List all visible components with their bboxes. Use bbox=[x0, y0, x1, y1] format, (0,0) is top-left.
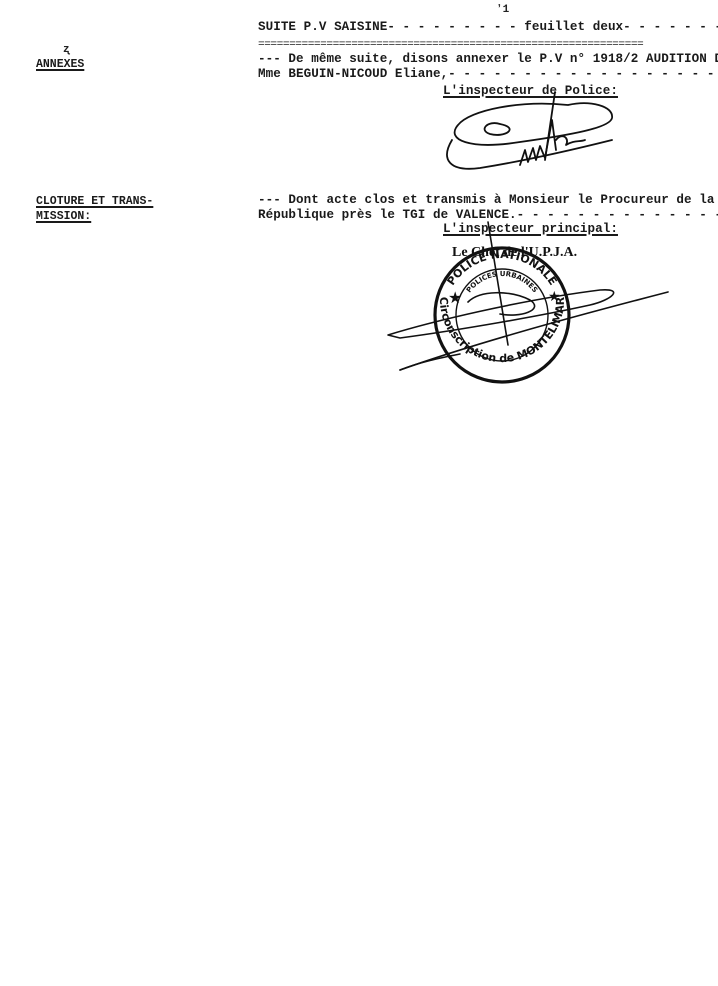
margin-label-annexes: ANNEXES bbox=[36, 58, 84, 72]
header-rule: ========================================… bbox=[258, 38, 643, 53]
chief-title: Le Chef de l'U.P.J.A. bbox=[452, 245, 577, 261]
annexes-line-1: --- De même suite, disons annexer le P.V… bbox=[258, 52, 718, 67]
margin-label-cloture-line-1: CLOTURE ET TRANS- bbox=[36, 195, 153, 209]
stamp-outer-bottom-text: Circonscription de MONTELIMAR bbox=[437, 296, 567, 365]
ink-layer: POLICE NATIONALE POLICES URBAINES Circon… bbox=[0, 0, 718, 986]
document-page: ʼ1 SUITE P.V SAISINE- - - - - - - - - fe… bbox=[0, 0, 718, 986]
document-header: SUITE P.V SAISINE- - - - - - - - - feuil… bbox=[258, 20, 718, 35]
sheet-label: feuillet deux bbox=[524, 20, 623, 34]
page-mark: ʼ1 bbox=[496, 4, 509, 16]
signature-inspecteur-police bbox=[447, 92, 612, 169]
cloture-line-2: République près le TGI de VALENCE.- - - … bbox=[258, 208, 718, 223]
signatory-inspecteur-principal: L'inspecteur principal: bbox=[443, 222, 618, 237]
annexes-line-2: Mme BEGUIN-NICOUD Eliane,- - - - - - - -… bbox=[258, 67, 718, 82]
cloture-line-1: --- Dont acte clos et transmis à Monsieu… bbox=[258, 193, 714, 208]
signatory-inspecteur-police: L'inspecteur de Police: bbox=[443, 84, 618, 99]
star-left-icon: ★ bbox=[448, 288, 462, 307]
margin-label-cloture-line-2: MISSION: bbox=[36, 210, 91, 224]
stamp-inner-top-text: POLICES URBAINES bbox=[465, 270, 539, 294]
police-stamp: POLICE NATIONALE POLICES URBAINES Circon… bbox=[435, 248, 569, 382]
header-dashes: - - - - - - - - - bbox=[387, 20, 516, 34]
margin-mark: ʐ bbox=[63, 44, 70, 56]
star-right-icon: ★ bbox=[548, 289, 561, 305]
header-title: SUITE P.V SAISINE bbox=[258, 20, 387, 34]
sheet-dashes: - - - - - - - bbox=[623, 20, 718, 34]
